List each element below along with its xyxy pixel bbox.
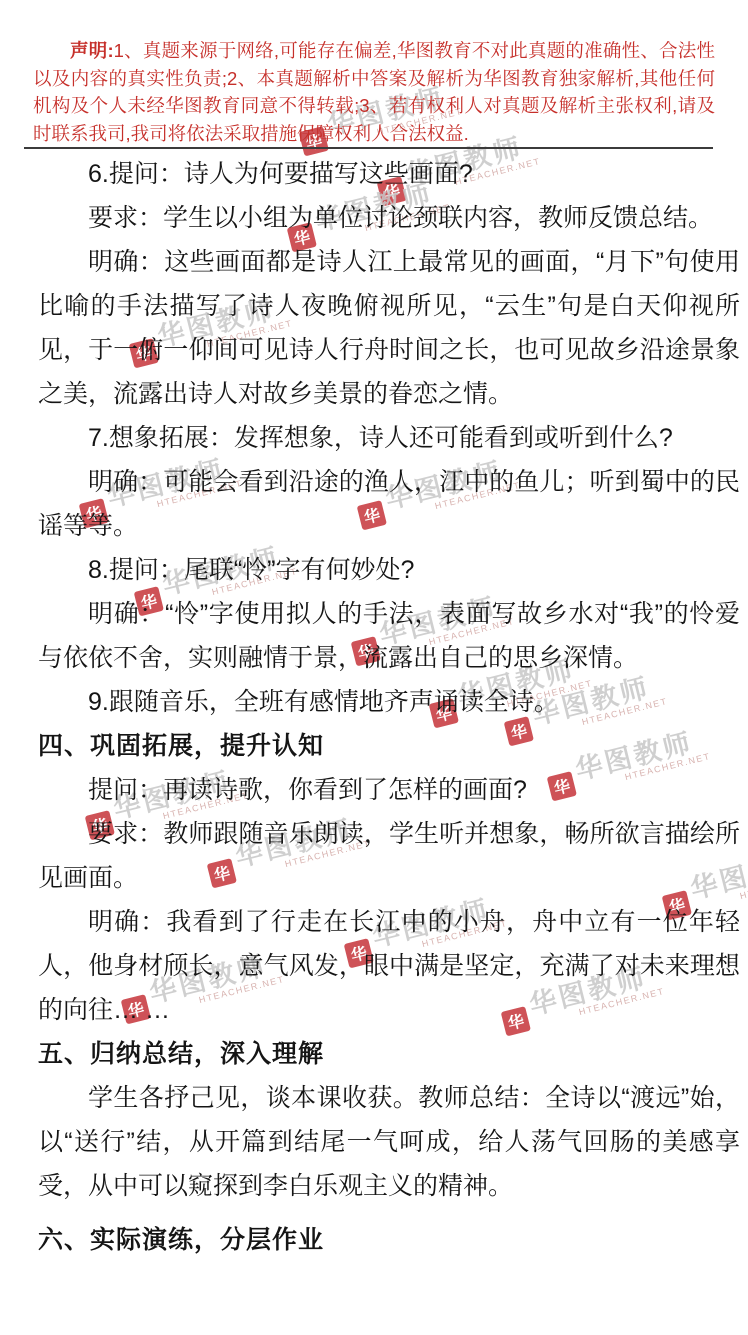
paragraph: 8.提问：尾联“怜”字有何妙处? [38, 548, 740, 592]
divider-line [24, 147, 713, 149]
disclaimer-label: 声明: [70, 40, 114, 61]
paragraph: 9.跟随音乐，全班有感情地齐声诵读全诗。 [38, 680, 740, 724]
disclaimer: 声明:1、真题来源于网络,可能存在偏差,华图教育不对此真题的准确性、合法性以及内… [33, 37, 715, 147]
paragraph: 要求：教师跟随音乐朗读，学生听并想象，畅所欲言描绘所见画面。 [38, 812, 740, 900]
paragraph: 学生各抒己见，谈本课收获。教师总结：全诗以“渡远”始，以“送行”结，从开篇到结尾… [38, 1076, 740, 1208]
document-page: 华华图教师HTEACHER.NET华华图教师HTEACHER.NET华华图教师H… [0, 0, 748, 1335]
paragraph: 明确：“怜”字使用拟人的手法，表面写故乡水对“我”的怜爱与依依不舍，实则融情于景… [38, 592, 740, 680]
paragraph: 要求：学生以小组为单位讨论颈联内容，教师反馈总结。 [38, 196, 740, 240]
document-body: 6.提问：诗人为何要描写这些画面?要求：学生以小组为单位讨论颈联内容，教师反馈总… [38, 152, 740, 1262]
section-heading: 四、巩固拓展，提升认知 [38, 724, 740, 768]
paragraph: 7.想象拓展：发挥想象，诗人还可能看到或听到什么? [38, 416, 740, 460]
section-heading: 六、实际演练，分层作业 [38, 1218, 740, 1262]
paragraph: 明确：这些画面都是诗人江上最常见的画面，“月下”句使用比喻的手法描写了诗人夜晚俯… [38, 240, 740, 416]
watermark-url: HTEACHER.NET [739, 870, 748, 901]
section-heading: 五、归纳总结，深入理解 [38, 1032, 740, 1076]
paragraph: 6.提问：诗人为何要描写这些画面? [38, 152, 740, 196]
disclaimer-text: 1、真题来源于网络,可能存在偏差,华图教育不对此真题的准确性、合法性以及内容的真… [33, 40, 715, 144]
paragraph: 明确：可能会看到沿途的渔人，江中的鱼儿；听到蜀中的民谣等等。 [38, 460, 740, 548]
paragraph: 提问：再读诗歌，你看到了怎样的画面? [38, 768, 740, 812]
paragraph: 明确：我看到了行走在长江中的小舟，舟中立有一位年轻人，他身材颀长，意气风发，眼中… [38, 900, 740, 1032]
